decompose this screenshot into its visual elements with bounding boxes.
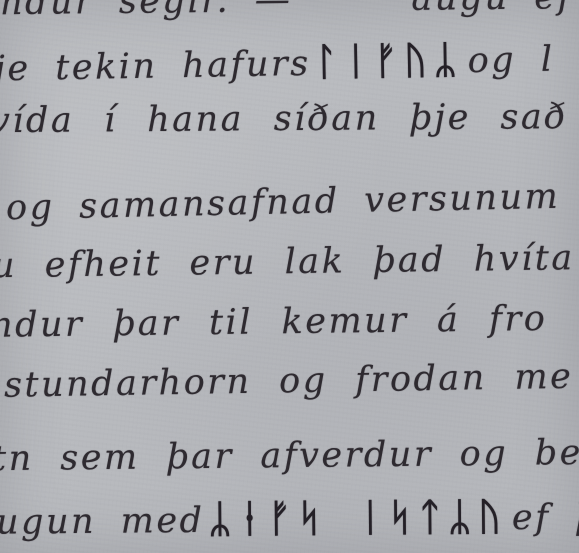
manuscript-line: vída í hana síðan þje sað bbox=[0, 97, 579, 141]
manuscript-line: stundarhorn og frodan me bbox=[4, 356, 579, 405]
handwritten-text: u efheit eru lak þad hvíta bbox=[0, 238, 575, 286]
manuscript-line: ugun med ᛦᛂᚠᛋ ᛁᛋᛏᛦᚢ ef þ bbox=[0, 493, 579, 542]
manuscript-line: ndur þar til kemur á fro bbox=[0, 298, 579, 346]
handwritten-text: og samansafnad versunum bbox=[6, 177, 561, 229]
manuscript-line: u efheit eru lak þad hvíta bbox=[0, 238, 579, 287]
manuscript-line: og samansafnad versunum bbox=[6, 176, 579, 229]
handwritten-text: ef þ bbox=[512, 497, 579, 538]
handwritten-text: stundarhorn og frodan me bbox=[4, 357, 574, 406]
handwritten-text: je tekin hafurs bbox=[0, 44, 311, 90]
handwritten-text: ndur segir. — bbox=[0, 0, 292, 23]
handwritten-text: augu ef bbox=[411, 0, 573, 19]
handwritten-text: ugun med bbox=[0, 501, 205, 543]
manuscript-line: ndur segir. — augu ef bbox=[0, 0, 579, 23]
manuscript-line: je tekin hafurs ᛚᛁᚠᚢᛦ og l bbox=[0, 35, 579, 90]
handwritten-text: ndur þar til kemur á fro bbox=[0, 299, 548, 346]
runic-inscription: ᛦᛂᚠᛋ ᛁᛋᛏᛦᚢ bbox=[204, 494, 512, 541]
handwritten-text: tn sem þar afverdur og be bbox=[0, 433, 579, 479]
manuscript-line: tn sem þar afverdur og be bbox=[0, 433, 579, 479]
handwritten-text: og l bbox=[467, 40, 554, 82]
runic-inscription: ᛚᛁᚠᚢᛦ bbox=[310, 37, 468, 84]
handwritten-text: vída í hana síðan þje sað bbox=[0, 97, 568, 141]
manuscript-page: ndur segir. — augu ef je tekin hafurs ᛚᛁ… bbox=[0, 0, 579, 553]
